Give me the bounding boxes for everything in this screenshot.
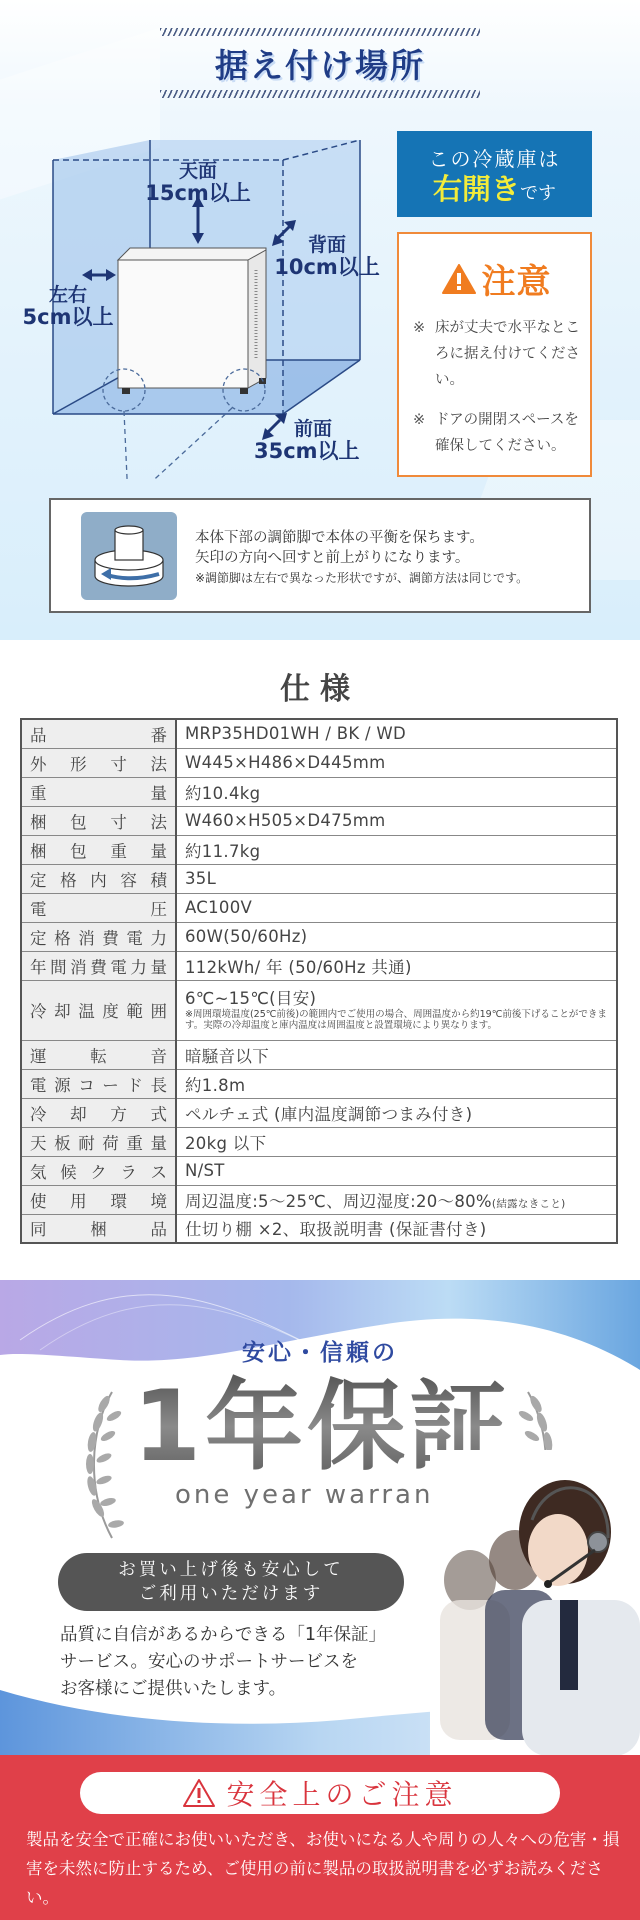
spec-key-char: 番: [151, 722, 168, 746]
spec-value-text: N/ST: [185, 1161, 225, 1180]
spec-key-char: 冷: [30, 998, 47, 1022]
safety-body: 製品を安全で正確にお使いいただき、お使いになる人や周りの人々への危害・損害を未然…: [26, 1825, 626, 1912]
spec-key-char: ド: [126, 1072, 143, 1096]
spec-key-char: 同: [30, 1216, 47, 1240]
spec-key-char: 気: [30, 1159, 47, 1183]
spec-row: 定格消費電力60W(50/60Hz): [21, 922, 617, 951]
spec-key-char: 梱: [30, 838, 47, 862]
spec-row: 運転音暗騒音以下: [21, 1040, 617, 1069]
warranty-body-line: 品質に自信があるからできる「1年保証」: [60, 1622, 386, 1649]
spec-key-char: 重: [110, 838, 127, 862]
clearance-front: 前面 35cm以上: [254, 418, 374, 462]
warning-triangle-icon: [182, 1778, 216, 1808]
spec-key-char: 定: [30, 867, 47, 891]
spec-row: 電圧AC100V: [21, 893, 617, 922]
spec-key-char: 品: [151, 1216, 168, 1240]
spec-key-char: 格: [60, 867, 77, 891]
spec-value-text: ペルチェ式 (庫内温度調節つまみ付き): [185, 1105, 472, 1124]
spec-key-char: 天: [30, 1130, 47, 1154]
spec-value-text: 約11.7kg: [185, 842, 260, 861]
spec-key-char: 冷: [30, 1101, 47, 1125]
title-hatch-bottom: [160, 90, 480, 98]
spec-key-char: 定: [30, 925, 47, 949]
spec-key-char: 候: [60, 1159, 77, 1183]
spec-row: 重量約10.4kg: [21, 777, 617, 806]
spec-key-char: 包: [70, 809, 87, 833]
spec-key-char: 費: [90, 954, 107, 978]
clearance-front-label: 前面: [254, 418, 374, 440]
spec-key-char: 電: [30, 896, 47, 920]
spec-row: 気候クラスN/ST: [21, 1156, 617, 1185]
spec-key-char: 包: [70, 838, 87, 862]
clearance-back: 背面 10cm以上: [272, 234, 382, 278]
clearance-top: 天面 15cm以上: [140, 160, 256, 204]
spec-value-text: 約10.4kg: [185, 784, 260, 803]
spec-value: 112kWh/ 年 (50/60Hz 共通): [176, 951, 617, 980]
reassurance-line1: お買い上げ後も安心して: [58, 1558, 404, 1582]
spec-value: W460×H505×D475mm: [176, 806, 617, 835]
spec-key-char: 板: [54, 1130, 71, 1154]
spec-key-char: 法: [150, 751, 167, 775]
spec-key-label: 冷却方式: [30, 1101, 167, 1125]
laurel-left-icon: [72, 1390, 132, 1540]
spec-value: ペルチェ式 (庫内温度調節つまみ付き): [176, 1098, 617, 1127]
door-direction-line2: 右開きです: [397, 172, 592, 211]
spec-key-char: 使: [30, 1188, 47, 1212]
warning-triangle-icon: [442, 264, 476, 294]
spec-key-char: 費: [102, 925, 119, 949]
caution-note: ※ ドアの開閉スペースを確保してください。: [413, 407, 580, 459]
spec-key-char: 荷: [102, 1130, 119, 1154]
title-hatch-top: [160, 28, 480, 36]
spec-key-char: 量: [151, 780, 168, 804]
caution-title: 注意: [482, 254, 552, 303]
spec-key-char: 量: [150, 954, 167, 978]
spec-key-char: ス: [151, 1159, 168, 1183]
spec-key-char: コ: [78, 1072, 95, 1096]
spec-row: 冷却温度範囲6℃~15℃(目安)※周囲環境温度(25℃前後)の範囲内でご使用の場…: [21, 980, 617, 1040]
spec-value: 60W(50/60Hz): [176, 922, 617, 951]
spec-key-char: 方: [110, 1101, 127, 1125]
spec-value: 20kg 以下: [176, 1127, 617, 1156]
spec-value-text: 6℃~15℃(目安): [185, 989, 608, 1009]
spec-key-char: 却: [54, 998, 71, 1022]
spec-value-text: 仕切り棚 ×2、取扱説明書 (保証書付き): [185, 1220, 487, 1239]
specs-table-body: 品番MRP35HD01WH / BK / WD外形寸法W445×H486×D44…: [21, 719, 617, 1243]
spec-key-char: 却: [70, 1101, 87, 1125]
spec-key-char: 品: [30, 722, 47, 746]
specs-table: 品番MRP35HD01WH / BK / WD外形寸法W445×H486×D44…: [20, 718, 618, 1244]
spec-row: 品番MRP35HD01WH / BK / WD: [21, 719, 617, 748]
spec-key-char: 電: [30, 1072, 47, 1096]
spec-key-label: 同梱品: [30, 1216, 167, 1240]
warranty-subtitle: 安心・信頼の: [0, 1334, 640, 1367]
adjuster-note: ※調節脚は左右で異なった形状ですが、調節方法は同じです。: [195, 568, 528, 588]
spec-key-label: 定格消費電力: [30, 925, 167, 949]
spec-key-char: 消: [78, 925, 95, 949]
spec-value-text: 60W(50/60Hz): [185, 927, 307, 946]
spec-key: 年間消費電力量: [21, 951, 176, 980]
install-title: 据え付け場所: [0, 40, 640, 87]
warranty-body-line: お客様にご提供いたします。: [60, 1676, 386, 1703]
spec-key: 定格消費電力: [21, 922, 176, 951]
spec-key-char: 耐: [78, 1130, 95, 1154]
door-direction-badge: この冷蔵庫は 右開きです: [397, 131, 592, 217]
caution-note-text: ドアの開閉スペースを確保してください。: [435, 407, 580, 459]
spec-key-label: 気候クラス: [30, 1159, 167, 1183]
spec-key-char: 転: [90, 1043, 107, 1067]
spec-key-char: 容: [120, 867, 137, 891]
adjuster-line2: 矢印の方向へ回すと前上がりになります。: [195, 548, 528, 568]
spec-row: 冷却方式ペルチェ式 (庫内温度調節つまみ付き): [21, 1098, 617, 1127]
spec-key: 品番: [21, 719, 176, 748]
spec-value: 約11.7kg: [176, 835, 617, 864]
warranty-section: 安心・信頼の 1年保証 one year warranty お買い上げ後も安心し…: [0, 1280, 640, 1756]
clearance-top-value: 15cm以上: [140, 182, 256, 204]
spec-key-char: 寸: [110, 751, 127, 775]
spec-key-char: ク: [90, 1159, 107, 1183]
spec-key: 外形寸法: [21, 748, 176, 777]
spec-key-char: 梱: [90, 1216, 107, 1240]
spec-value-note: ※周囲環境温度(25℃前後)の範囲内でご使用の場合、周囲温度から約19℃前後下げ…: [185, 1009, 608, 1031]
spec-value-text: 35L: [185, 869, 216, 888]
spec-key-char: 力: [130, 954, 147, 978]
spec-key-char: 長: [150, 1072, 167, 1096]
spec-key: 梱包寸法: [21, 806, 176, 835]
spec-row: 同梱品仕切り棚 ×2、取扱説明書 (保証書付き): [21, 1214, 617, 1243]
caution-heading: 注意: [413, 254, 580, 303]
spec-value: MRP35HD01WH / BK / WD: [176, 719, 617, 748]
spec-key-label: 外形寸法: [30, 751, 167, 775]
door-direction-line1: この冷蔵庫は: [397, 143, 592, 172]
adjuster-text: 本体下部の調節脚で本体の平衡を保ちます。 矢印の方向へ回すと前上がりになります。…: [195, 528, 528, 588]
spec-value-text: 約1.8m: [185, 1076, 245, 1095]
specs-title: 仕様: [0, 664, 640, 708]
spec-key-char: 外: [30, 751, 47, 775]
spec-key-label: 品番: [30, 722, 167, 746]
spec-row: 外形寸法W445×H486×D445mm: [21, 748, 617, 777]
spec-key-char: 境: [150, 1188, 167, 1212]
spec-key: 運転音: [21, 1040, 176, 1069]
spec-key-label: 使用環境: [30, 1188, 167, 1212]
safety-title: 安全上のご注意: [226, 1773, 457, 1813]
spec-key-label: 電源コード長: [30, 1072, 167, 1096]
spec-key-label: 電圧: [30, 896, 167, 920]
spec-key-label: 天板耐荷重量: [30, 1130, 167, 1154]
spec-key-char: 重: [30, 780, 47, 804]
spec-key-char: 形: [70, 751, 87, 775]
spec-key: 冷却方式: [21, 1098, 176, 1127]
spec-key-label: 梱包寸法: [30, 809, 167, 833]
door-direction-highlight: 右開き: [433, 172, 520, 206]
spec-row: 梱包寸法W460×H505×D475mm: [21, 806, 617, 835]
adjuster-foot-illustration: [81, 512, 177, 600]
note-mark: ※: [413, 407, 435, 459]
spec-key-char: ー: [102, 1072, 119, 1096]
spec-key-label: 冷却温度範囲: [30, 998, 167, 1022]
reassurance-line2: ご利用いただけます: [58, 1582, 404, 1606]
spec-key-char: ラ: [120, 1159, 137, 1183]
caution-box: 注意 ※ 床が丈夫で水平なところに据え付けてください。 ※ ドアの開閉スペースを…: [397, 232, 592, 477]
clearance-front-value: 35cm以上: [254, 440, 374, 462]
spec-key-label: 年間消費電力量: [30, 954, 167, 978]
spec-key-char: 量: [150, 838, 167, 862]
spec-key-char: 運: [30, 1043, 47, 1067]
spec-value-text: 112kWh/ 年 (50/60Hz 共通): [185, 958, 412, 977]
spec-key-char: 用: [70, 1188, 87, 1212]
spec-key-char: 源: [54, 1072, 71, 1096]
spec-key-char: 積: [151, 867, 168, 891]
spec-value-text: W445×H486×D445mm: [185, 753, 386, 772]
clearance-back-label: 背面: [272, 234, 382, 256]
spec-row: 使用環境周辺温度:5～25℃、周辺湿度:20～80%(結露なきこと): [21, 1185, 617, 1214]
spec-value-text: 暗騒音以下: [185, 1047, 269, 1066]
caution-note-text: 床が丈夫で水平なところに据え付けてください。: [435, 315, 580, 393]
spec-key: 天板耐荷重量: [21, 1127, 176, 1156]
spec-value: N/ST: [176, 1156, 617, 1185]
warranty-body: 品質に自信があるからできる「1年保証」 サービス。安心のサポートサービスを お客…: [60, 1622, 386, 1703]
clearance-diagram: 天面 15cm以上 背面 10cm以上 左右 5cm以上 前面 35cm以上: [0, 120, 390, 480]
spec-key-label: 重量: [30, 780, 167, 804]
reassurance-pill: お買い上げ後も安心して ご利用いただけます: [58, 1553, 404, 1611]
support-staff-photo: [430, 1450, 640, 1756]
spec-key-label: 定格内容積: [30, 867, 167, 891]
safety-heading: 安全上のご注意: [80, 1772, 560, 1814]
safety-notice-section: 安全上のご注意 製品を安全で正確にお使いいただき、お使いになる人や周りの人々への…: [0, 1755, 640, 1920]
spec-key: 電源コード長: [21, 1069, 176, 1098]
spec-key: 重量: [21, 777, 176, 806]
spec-key-char: 間: [50, 954, 67, 978]
clearance-sides-value: 5cm以上: [18, 306, 118, 328]
spec-key-char: 環: [110, 1188, 127, 1212]
spec-key-char: 電: [110, 954, 127, 978]
spec-key: 冷却温度範囲: [21, 980, 176, 1040]
install-section: 据え付け場所: [0, 0, 640, 640]
caution-note: ※ 床が丈夫で水平なところに据え付けてください。: [413, 315, 580, 393]
spec-value: 仕切り棚 ×2、取扱説明書 (保証書付き): [176, 1214, 617, 1243]
spec-key-char: 格: [54, 925, 71, 949]
spec-value: 約10.4kg: [176, 777, 617, 806]
spec-key: 使用環境: [21, 1185, 176, 1214]
spec-value: AC100V: [176, 893, 617, 922]
spec-key: 同梱品: [21, 1214, 176, 1243]
spec-row: 電源コード長約1.8m: [21, 1069, 617, 1098]
spec-key-char: 度: [102, 998, 119, 1022]
spec-key-char: 温: [78, 998, 95, 1022]
spec-row: 天板耐荷重量20kg 以下: [21, 1127, 617, 1156]
spec-key-char: 電: [126, 925, 143, 949]
spec-key-char: 囲: [150, 998, 167, 1022]
spec-key-char: 年: [30, 954, 47, 978]
spec-key-char: 内: [90, 867, 107, 891]
spec-value: 6℃~15℃(目安)※周囲環境温度(25℃前後)の範囲内でご使用の場合、周囲温度…: [176, 980, 617, 1040]
spec-value: W445×H486×D445mm: [176, 748, 617, 777]
spec-key-char: 寸: [110, 809, 127, 833]
spec-key-label: 運転音: [30, 1043, 167, 1067]
spec-row: 年間消費電力量112kWh/ 年 (50/60Hz 共通): [21, 951, 617, 980]
spec-value-text: AC100V: [185, 898, 252, 917]
warranty-body-line: サービス。安心のサポートサービスを: [60, 1649, 386, 1676]
spec-value-text: 20kg 以下: [185, 1134, 266, 1153]
spec-key-char: 法: [150, 809, 167, 833]
adjuster-line1: 本体下部の調節脚で本体の平衡を保ちます。: [195, 528, 528, 548]
spec-key-label: 梱包重量: [30, 838, 167, 862]
spec-value: 周辺温度:5～25℃、周辺湿度:20～80%(結露なきこと): [176, 1185, 617, 1214]
spec-value-footnote: (結露なきこと): [492, 1198, 566, 1210]
spec-key-char: 範: [126, 998, 143, 1022]
spec-key: 定格内容積: [21, 864, 176, 893]
note-mark: ※: [413, 315, 435, 393]
clearance-sides-label: 左右: [18, 284, 118, 306]
clearance-top-label: 天面: [140, 160, 256, 182]
spec-key: 電圧: [21, 893, 176, 922]
spec-key-char: 消: [70, 954, 87, 978]
spec-key-char: 量: [150, 1130, 167, 1154]
spec-value: 暗騒音以下: [176, 1040, 617, 1069]
adjuster-foot-icon: [81, 512, 177, 600]
spec-key-char: 梱: [30, 809, 47, 833]
spec-row: 梱包重量約11.7kg: [21, 835, 617, 864]
spec-key-char: 圧: [151, 896, 168, 920]
spec-key-char: 音: [151, 1043, 168, 1067]
clearance-back-value: 10cm以上: [272, 256, 382, 278]
spec-value-text: MRP35HD01WH / BK / WD: [185, 724, 406, 743]
spec-key: 気候クラス: [21, 1156, 176, 1185]
spec-value: 35L: [176, 864, 617, 893]
spec-value-text: 周辺温度:5～25℃、周辺湿度:20～80%: [185, 1192, 492, 1211]
adjuster-foot-info: 本体下部の調節脚で本体の平衡を保ちます。 矢印の方向へ回すと前上がりになります。…: [49, 498, 591, 613]
spec-key-char: 式: [150, 1101, 167, 1125]
door-direction-suffix: です: [520, 183, 556, 204]
spec-value: 約1.8m: [176, 1069, 617, 1098]
spec-key-char: 重: [126, 1130, 143, 1154]
spec-key-char: 力: [150, 925, 167, 949]
spec-value-text: W460×H505×D475mm: [185, 811, 386, 830]
spec-row: 定格内容積35L: [21, 864, 617, 893]
spec-key: 梱包重量: [21, 835, 176, 864]
clearance-sides: 左右 5cm以上: [18, 284, 118, 328]
